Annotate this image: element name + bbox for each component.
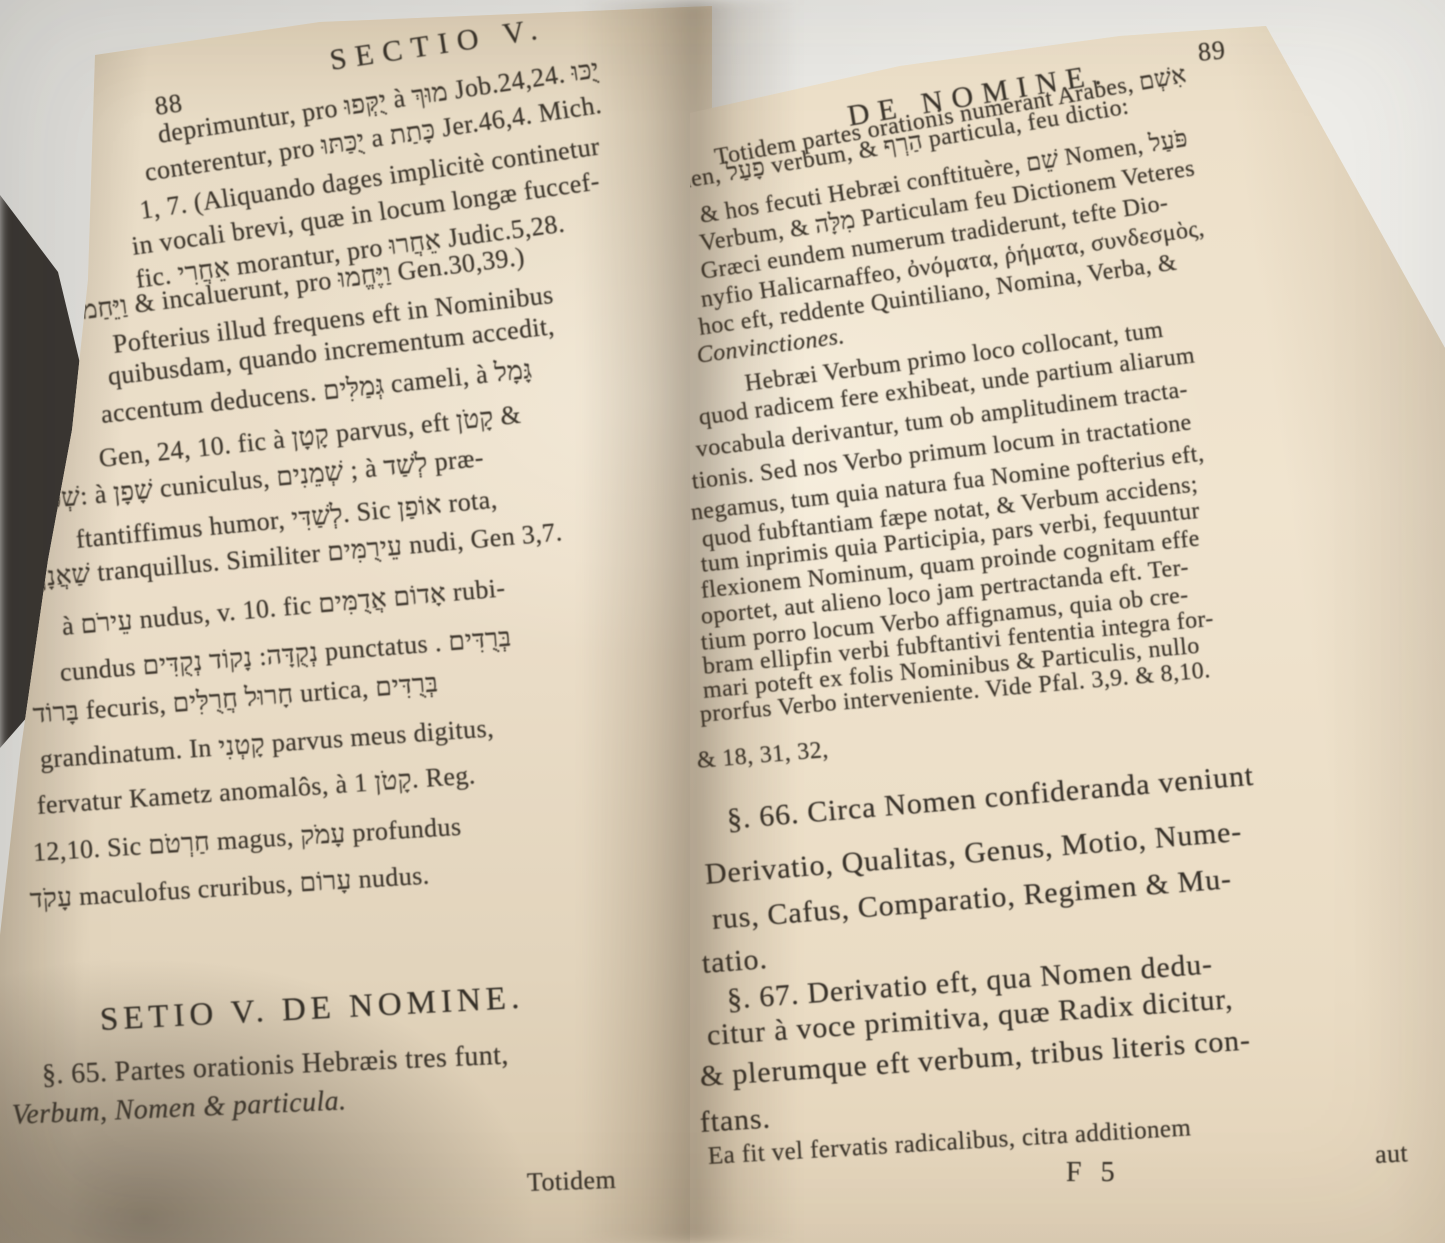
page-number: 89 [1196,35,1227,68]
catchword: aut [1374,1138,1408,1170]
text-line: Verbum, Nomen & particula. [11,1085,347,1132]
section-heading: SETIO V. DE NOMINE. [99,980,525,1039]
text-line: & 18, 31, 32, [696,737,830,775]
text-line: ftans. [699,1102,772,1140]
signature-mark: F 5 [1066,1157,1121,1189]
book-photo: 88 SECTIO V. deprimuntur, pro יֻקְּפוּ à… [0,0,1445,1243]
text-line: tatio. [701,942,769,981]
catchword: Totidem [526,1165,616,1198]
text-line: עָקֹד maculofus cruribus, עָרוֹם nudus. [29,861,430,915]
text-line: §. 65. Partes orationis Hebræis tres fun… [41,1040,509,1092]
text-line: 12,10. Sic חַרְטֹם magus, עָמֹק profundu… [32,812,462,868]
